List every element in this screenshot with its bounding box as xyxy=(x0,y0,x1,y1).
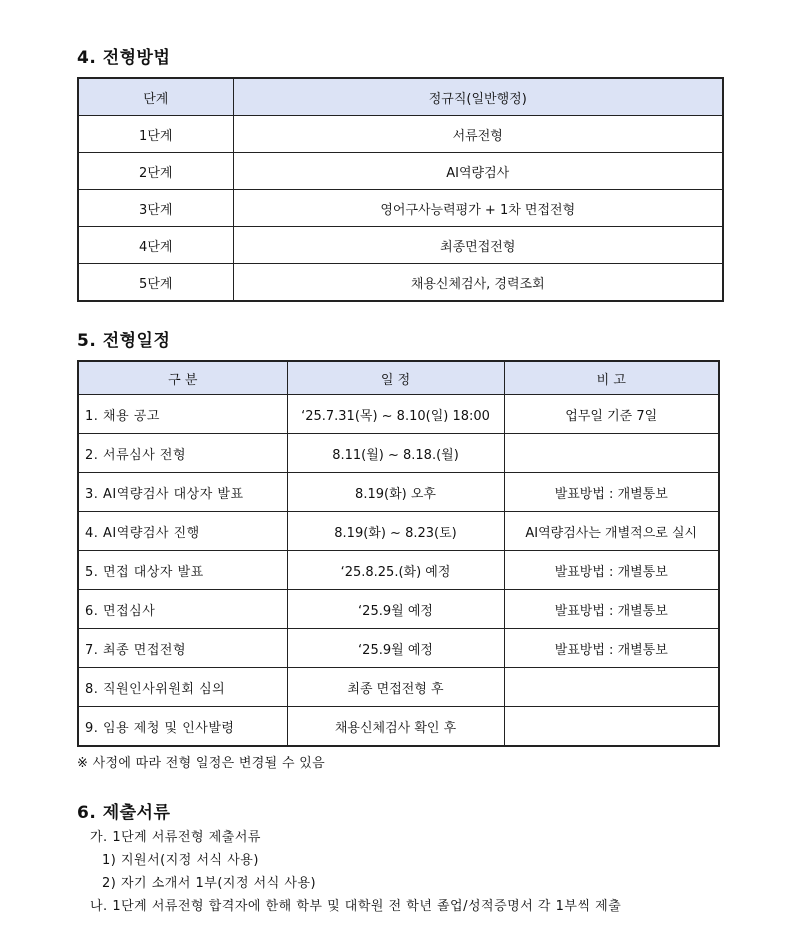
remarks-cell: 업무일 기준 7일 xyxy=(504,395,719,434)
schedule-cell: ‘25.9월 예정 xyxy=(287,629,504,668)
schedule-cell: 최종 면접전형 후 xyxy=(287,668,504,707)
method-cell: AI역량검사 xyxy=(233,153,723,190)
stage-cell: 4단계 xyxy=(78,227,233,264)
header-category: 구 분 xyxy=(78,361,287,395)
selection-method-table: 단계 정규직(일반행정) 1단계 서류전형 2단계 AI역량검사 3단계 영어구… xyxy=(77,77,724,302)
header-regular-position: 정규직(일반행정) xyxy=(233,78,723,116)
table-row: 2. 서류심사 전형 8.11(월) ~ 8.18.(월) xyxy=(78,434,719,473)
category-cell: 7. 최종 면접전형 xyxy=(78,629,287,668)
table-row: 7. 최종 면접전형 ‘25.9월 예정 발표방법 : 개별통보 xyxy=(78,629,719,668)
schedule-cell: 8.19(화) ~ 8.23(토) xyxy=(287,512,504,551)
remarks-cell xyxy=(504,668,719,707)
schedule-cell: ‘25.8.25.(화) 예정 xyxy=(287,551,504,590)
table-row: 3단계 영어구사능력평가 + 1차 면접전형 xyxy=(78,190,723,227)
schedule-table: 구 분 일 정 비 고 1. 채용 공고 ‘25.7.31(목) ~ 8.10(… xyxy=(77,360,720,747)
header-schedule: 일 정 xyxy=(287,361,504,395)
header-stage: 단계 xyxy=(78,78,233,116)
table-row: 6. 면접심사 ‘25.9월 예정 발표방법 : 개별통보 xyxy=(78,590,719,629)
table-row: 3. AI역량검사 대상자 발표 8.19(화) 오후 발표방법 : 개별통보 xyxy=(78,473,719,512)
table-header-row: 단계 정규직(일반행정) xyxy=(78,78,723,116)
remarks-cell xyxy=(504,707,719,747)
table-row: 5단계 채용신체검사, 경력조회 xyxy=(78,264,723,302)
table-row: 1단계 서류전형 xyxy=(78,116,723,153)
table-header-row: 구 분 일 정 비 고 xyxy=(78,361,719,395)
remarks-cell: AI역량검사는 개별적으로 실시 xyxy=(504,512,719,551)
remarks-cell: 발표방법 : 개별통보 xyxy=(504,551,719,590)
schedule-cell: 8.11(월) ~ 8.18.(월) xyxy=(287,434,504,473)
table-row: 5. 면접 대상자 발표 ‘25.8.25.(화) 예정 발표방법 : 개별통보 xyxy=(78,551,719,590)
category-cell: 5. 면접 대상자 발표 xyxy=(78,551,287,590)
stage-cell: 5단계 xyxy=(78,264,233,302)
header-remarks: 비 고 xyxy=(504,361,719,395)
category-cell: 9. 임용 제청 및 인사발령 xyxy=(78,707,287,747)
remarks-cell: 발표방법 : 개별통보 xyxy=(504,590,719,629)
schedule-cell: 8.19(화) 오후 xyxy=(287,473,504,512)
remarks-cell: 발표방법 : 개별통보 xyxy=(504,473,719,512)
category-cell: 1. 채용 공고 xyxy=(78,395,287,434)
table-row: 4. AI역량검사 진행 8.19(화) ~ 8.23(토) AI역량검사는 개… xyxy=(78,512,719,551)
schedule-cell: ‘25.9월 예정 xyxy=(287,590,504,629)
category-cell: 3. AI역량검사 대상자 발표 xyxy=(78,473,287,512)
table-row: 9. 임용 제청 및 인사발령 채용신체검사 확인 후 xyxy=(78,707,719,747)
schedule-change-note: ※ 사정에 따라 전형 일정은 변경될 수 있음 xyxy=(77,752,325,771)
method-cell: 영어구사능력평가 + 1차 면접전형 xyxy=(233,190,723,227)
list-item: 2) 자기 소개서 1부(지정 서식 사용) xyxy=(90,874,621,897)
required-documents-list: 가. 1단계 서류전형 제출서류 1) 지원서(지정 서식 사용) 2) 자기 … xyxy=(90,828,621,920)
category-cell: 4. AI역량검사 진행 xyxy=(78,512,287,551)
category-cell: 8. 직원인사위원회 심의 xyxy=(78,668,287,707)
section-title-schedule: 5. 전형일정 xyxy=(77,326,170,351)
method-cell: 최종면접전형 xyxy=(233,227,723,264)
stage-cell: 3단계 xyxy=(78,190,233,227)
remarks-cell: 발표방법 : 개별통보 xyxy=(504,629,719,668)
table-row: 2단계 AI역량검사 xyxy=(78,153,723,190)
stage-cell: 2단계 xyxy=(78,153,233,190)
remarks-cell xyxy=(504,434,719,473)
list-item: 1) 지원서(지정 서식 사용) xyxy=(90,851,621,874)
method-cell: 채용신체검사, 경력조회 xyxy=(233,264,723,302)
category-cell: 6. 면접심사 xyxy=(78,590,287,629)
list-item: 가. 1단계 서류전형 제출서류 xyxy=(90,828,621,851)
table-row: 4단계 최종면접전형 xyxy=(78,227,723,264)
list-item: 나. 1단계 서류전형 합격자에 한해 학부 및 대학원 전 학년 졸업/성적증… xyxy=(90,897,621,920)
section-title-selection-method: 4. 전형방법 xyxy=(77,43,170,68)
section-title-required-documents: 6. 제출서류 xyxy=(77,798,170,823)
category-cell: 2. 서류심사 전형 xyxy=(78,434,287,473)
method-cell: 서류전형 xyxy=(233,116,723,153)
stage-cell: 1단계 xyxy=(78,116,233,153)
table-row: 1. 채용 공고 ‘25.7.31(목) ~ 8.10(일) 18:00 업무일… xyxy=(78,395,719,434)
schedule-cell: 채용신체검사 확인 후 xyxy=(287,707,504,747)
table-row: 8. 직원인사위원회 심의 최종 면접전형 후 xyxy=(78,668,719,707)
schedule-cell: ‘25.7.31(목) ~ 8.10(일) 18:00 xyxy=(287,395,504,434)
